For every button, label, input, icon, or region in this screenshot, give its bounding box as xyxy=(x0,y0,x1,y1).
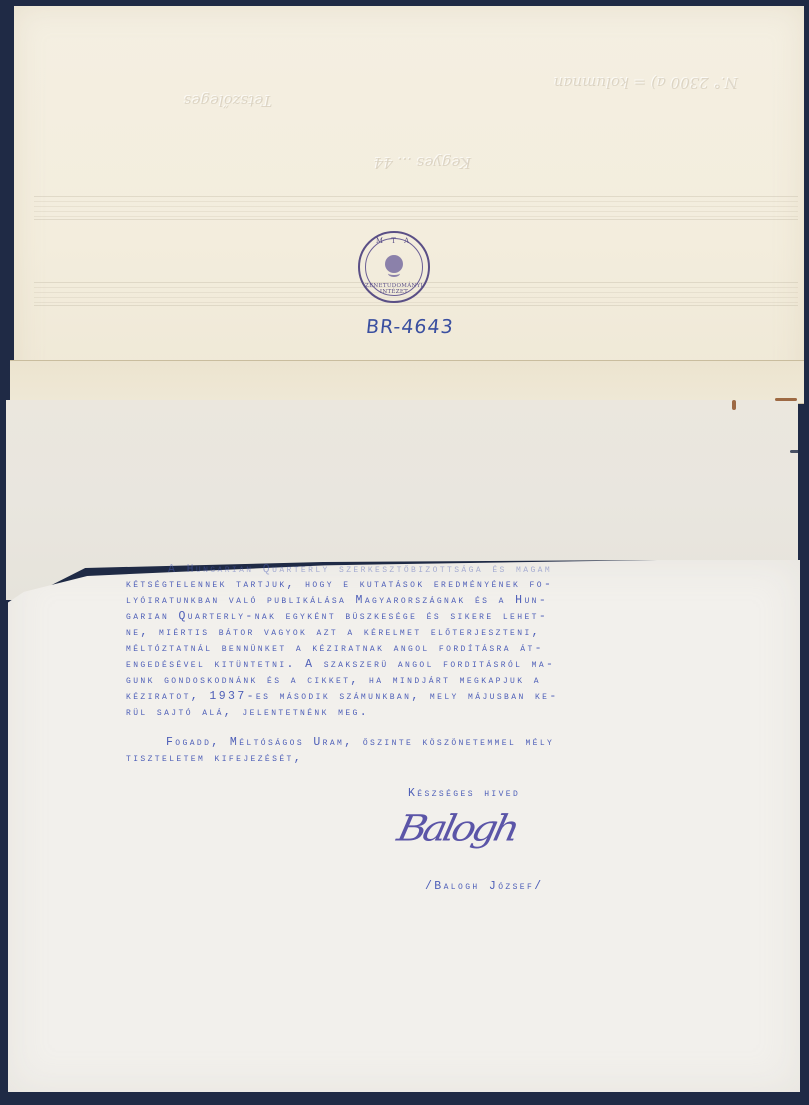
letter-line: A Hungarian Quarterly szerkesztőbizottsá… xyxy=(168,563,552,576)
letter-body: A Hungarian Quarterly szerkesztőbizottsá… xyxy=(0,0,792,1105)
closing-line: Fogadd, Méltóságos Uram, őszinte köszöne… xyxy=(166,736,554,749)
letter-line: méltóztatnál bennünket a kéziratnak ango… xyxy=(126,642,544,655)
letter-line: kéziratot, 1937-es második számunkban, m… xyxy=(126,690,559,703)
typed-signatory-name: /Balogh József/ xyxy=(425,880,544,893)
letter-line: kétségtelennek tartjuk, hogy e kutatások… xyxy=(126,578,553,591)
letter-line: lyóiratunkban való publikálása Magyarors… xyxy=(126,594,548,607)
handwritten-signature: Balogh xyxy=(394,808,520,849)
letter-line: rül sajtó alá, jelentetnénk meg. xyxy=(126,706,369,719)
closing-line: tiszteletem kifejezését, xyxy=(126,752,303,765)
letter-line: ne, miértis bátor vagyok azt a kérelmet … xyxy=(126,626,541,639)
letter-line: gunk gondoskodnánk és a cikket, ha mindj… xyxy=(126,674,541,687)
letter-line: garian Quarterly-nak egyként büszkesége … xyxy=(126,610,548,623)
letter-line: engedésével kitüntetni. A szakszerü ango… xyxy=(126,658,555,671)
valediction: Készséges hived xyxy=(408,787,520,800)
